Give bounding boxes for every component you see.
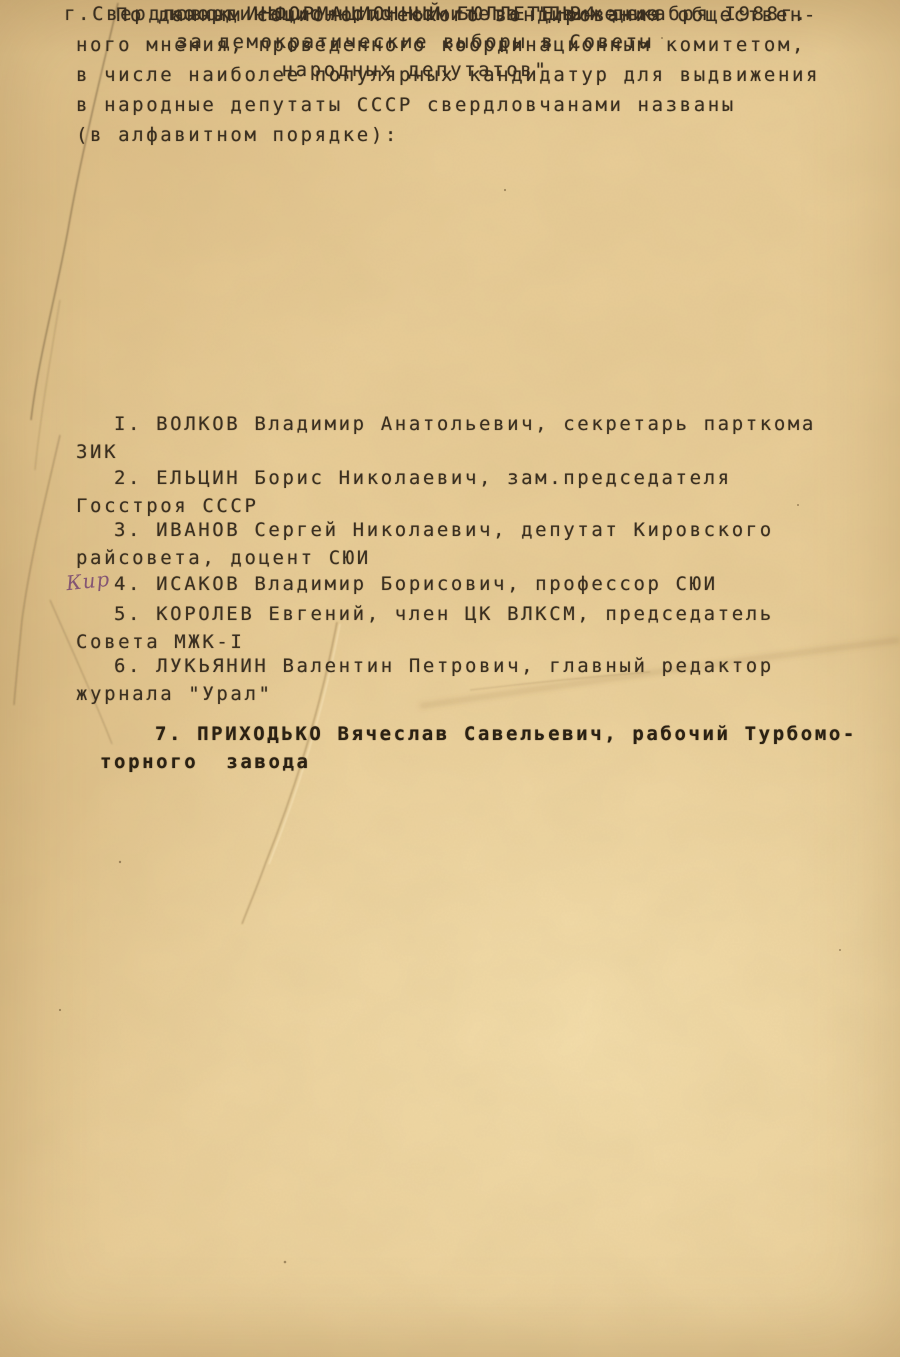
list-item-3: 3. ИВАНОВ Сергей Николаевич, депутат Кир… [76, 516, 876, 572]
crease-left-lower [14, 435, 60, 705]
list-item-6: 6. ЛУКЬЯНИН Валентин Петрович, главный р… [76, 652, 876, 708]
crease-left-branch [35, 300, 60, 470]
intro-paragraph: По данным социологического зондирования … [76, 0, 876, 150]
list-item-2: 2. ЕЛЬЦИН Борис Николаевич, зам.председа… [76, 464, 876, 520]
list-item-4: 4. ИСАКОВ Владимир Борисович, профессор … [76, 570, 876, 598]
scanned-document-page: ИНФОРМАЦИОННЫЙ БЮЛЛЕТЕНЬ координационног… [0, 0, 900, 1357]
list-item-5: 5. КОРОЛЕВ Евгений, член ЦК ВЛКСМ, предс… [76, 600, 876, 656]
list-item-1: I. ВОЛКОВ Владимир Анатольевич, секретар… [76, 410, 876, 466]
handwritten-margin-note: Кир [65, 567, 111, 595]
list-item-7: 7. ПРИХОДЬКО Вячеслав Савельевич, рабочи… [100, 720, 880, 776]
